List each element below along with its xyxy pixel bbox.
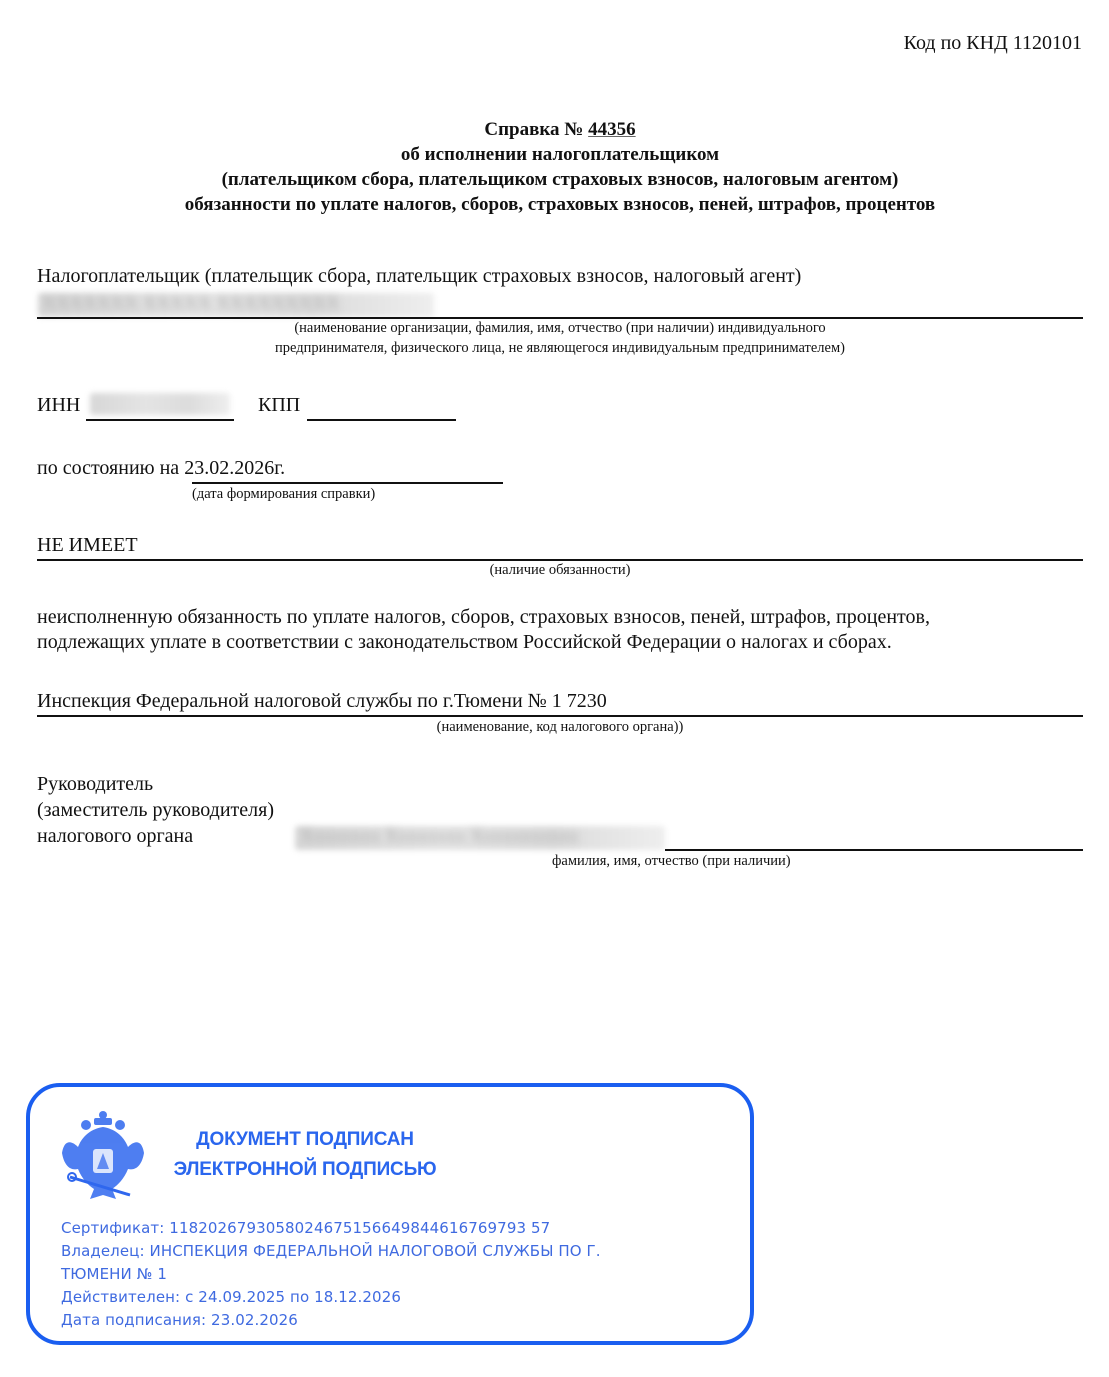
head-name-text: Хххххххх Хххххххх Ххххххххххх — [300, 826, 579, 848]
taxpayer-label: Налогоплательщик (плательщик сбора, плат… — [37, 265, 801, 288]
stamp-details: Сертификат: 1182026793058024675156649844… — [61, 1217, 601, 1332]
kpp-label: КПП — [258, 394, 300, 417]
authority-hint: (наименование, код налогового органа)) — [0, 717, 1109, 737]
taxpayer-hint-1: (наименование организации, фамилия, имя,… — [0, 318, 1109, 338]
taxpayer-name-text: ХХХХХХХ ХХХХХ ХХХХХХХХХ — [42, 293, 340, 315]
stamp-heading: ДОКУМЕНТ ПОДПИСАН ЭЛЕКТРОННОЙ ПОДПИСЬЮ — [140, 1125, 470, 1185]
knd-code: Код по КНД 1120101 — [904, 32, 1082, 55]
taxpayer-hint-2: предпринимателя, физического лица, не яв… — [0, 338, 1109, 358]
obligation-text-2: подлежащих уплате в соответствии с закон… — [37, 629, 892, 655]
head-label-2: (заместитель руководителя) — [37, 799, 274, 822]
obligation-hint: (наличие обязанности) — [0, 560, 1109, 580]
obligation-text-1: неисполненную обязанность по уплате нало… — [37, 604, 930, 630]
title-line-2: об исполнении налогоплательщиком — [0, 142, 1109, 167]
obligation-value: НЕ ИМЕЕТ — [37, 534, 138, 557]
certificate-title: Справка № 44356 — [0, 117, 1109, 142]
status-date-label: по состоянию на — [37, 457, 184, 479]
status-date-hint: (дата формирования справки) — [192, 484, 375, 504]
stamp-heading-2: ЭЛЕКТРОННОЙ ПОДПИСЬЮ — [140, 1155, 470, 1185]
russian-coat-of-arms-icon — [60, 1109, 146, 1203]
e-signature-stamp: ДОКУМЕНТ ПОДПИСАН ЭЛЕКТРОННОЙ ПОДПИСЬЮ С… — [26, 1083, 754, 1345]
stamp-owner-1: Владелец: ИНСПЕКЦИЯ ФЕДЕРАЛЬНОЙ НАЛОГОВО… — [61, 1240, 601, 1263]
title-line-3: (плательщиком сбора, плательщиком страхо… — [0, 167, 1109, 192]
head-label-3: налогового органа — [37, 825, 193, 848]
stamp-certificate: Сертификат: 1182026793058024675156649844… — [61, 1217, 601, 1240]
stamp-owner-2: ТЮМЕНИ № 1 — [61, 1263, 601, 1286]
stamp-heading-1: ДОКУМЕНТ ПОДПИСАН — [140, 1125, 470, 1155]
status-date-value: 23.02.2026г. — [184, 457, 285, 479]
title-prefix: Справка № — [484, 119, 588, 140]
inn-underline — [86, 419, 234, 421]
kpp-underline — [307, 419, 456, 421]
authority-value: Инспекция Федеральной налоговой службы п… — [37, 690, 607, 713]
inn-value-redacted — [90, 393, 230, 415]
stamp-signed-date: Дата подписания: 23.02.2026 — [61, 1309, 601, 1332]
head-hint: фамилия, имя, отчество (при наличии) — [552, 851, 791, 871]
status-date-row: по состоянию на 23.02.2026г. — [37, 457, 285, 480]
head-label-1: Руководитель — [37, 773, 153, 796]
inn-label: ИНН — [37, 394, 80, 417]
title-line-4: обязанности по уплате налогов, сборов, с… — [0, 192, 1109, 217]
certificate-number: 44356 — [588, 119, 636, 140]
stamp-valid: Действителен: с 24.09.2025 по 18.12.2026 — [61, 1286, 601, 1309]
